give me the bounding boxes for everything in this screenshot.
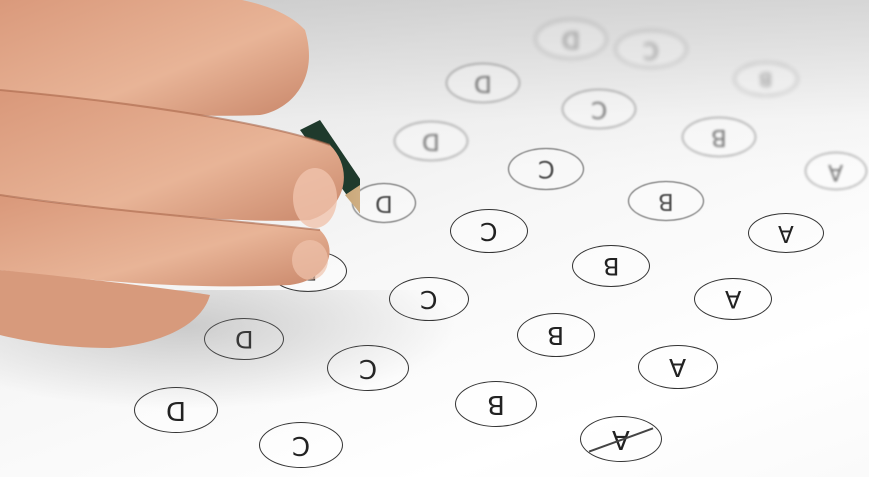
bubble-label: A <box>828 159 843 184</box>
answer-bubble-b: B <box>455 381 537 427</box>
answer-bubble-a: A <box>805 152 867 190</box>
answer-bubble-c: C <box>259 422 343 468</box>
answer-bubble-a: A <box>580 416 662 462</box>
answer-bubble-a: A <box>694 278 772 320</box>
answer-bubble-d: D <box>352 183 416 223</box>
bubble-label: A <box>669 353 686 382</box>
answer-bubble-a: A <box>748 213 824 253</box>
bubble-label: C <box>538 155 555 183</box>
bubble-label: C <box>480 217 497 246</box>
answer-bubble-b: B <box>682 117 756 157</box>
answer-sheet-photo: DDCDCBDCBADCBACBADBACDBCA <box>0 0 869 477</box>
bubble-label: A <box>612 424 630 454</box>
answer-bubble-b: B <box>517 313 595 357</box>
bubble-label: B <box>711 124 727 150</box>
answer-bubble-b: B <box>734 62 798 96</box>
bubble-label: D <box>375 190 393 216</box>
bubble-label: B <box>547 321 564 350</box>
bubble-label: A <box>778 220 794 246</box>
bubble-label: D <box>422 128 440 154</box>
bubble-label: B <box>658 188 674 214</box>
answer-bubble-d: D <box>446 63 520 103</box>
bubble-label: C <box>643 37 658 62</box>
bubble-label: C <box>292 430 310 460</box>
bubble-label: B <box>603 252 619 280</box>
answer-bubble-c: C <box>450 209 528 253</box>
hand-with-pencil <box>0 0 360 360</box>
answer-bubble-c: C <box>562 89 636 129</box>
bubble-label: A <box>725 285 741 313</box>
bubble-label: D <box>562 26 580 52</box>
answer-bubble-d: D <box>535 19 607 59</box>
answer-bubble-a: A <box>638 345 718 389</box>
bubble-label: D <box>474 70 492 96</box>
answer-bubble-b: B <box>628 181 704 221</box>
answer-bubble-c: C <box>615 30 687 68</box>
answer-bubble-d: D <box>394 121 468 161</box>
bubble-label: B <box>759 68 772 90</box>
bubble-label: B <box>487 389 505 419</box>
answer-bubble-b: B <box>572 245 650 287</box>
answer-bubble-c: C <box>508 148 584 190</box>
bubble-label: C <box>591 96 607 122</box>
